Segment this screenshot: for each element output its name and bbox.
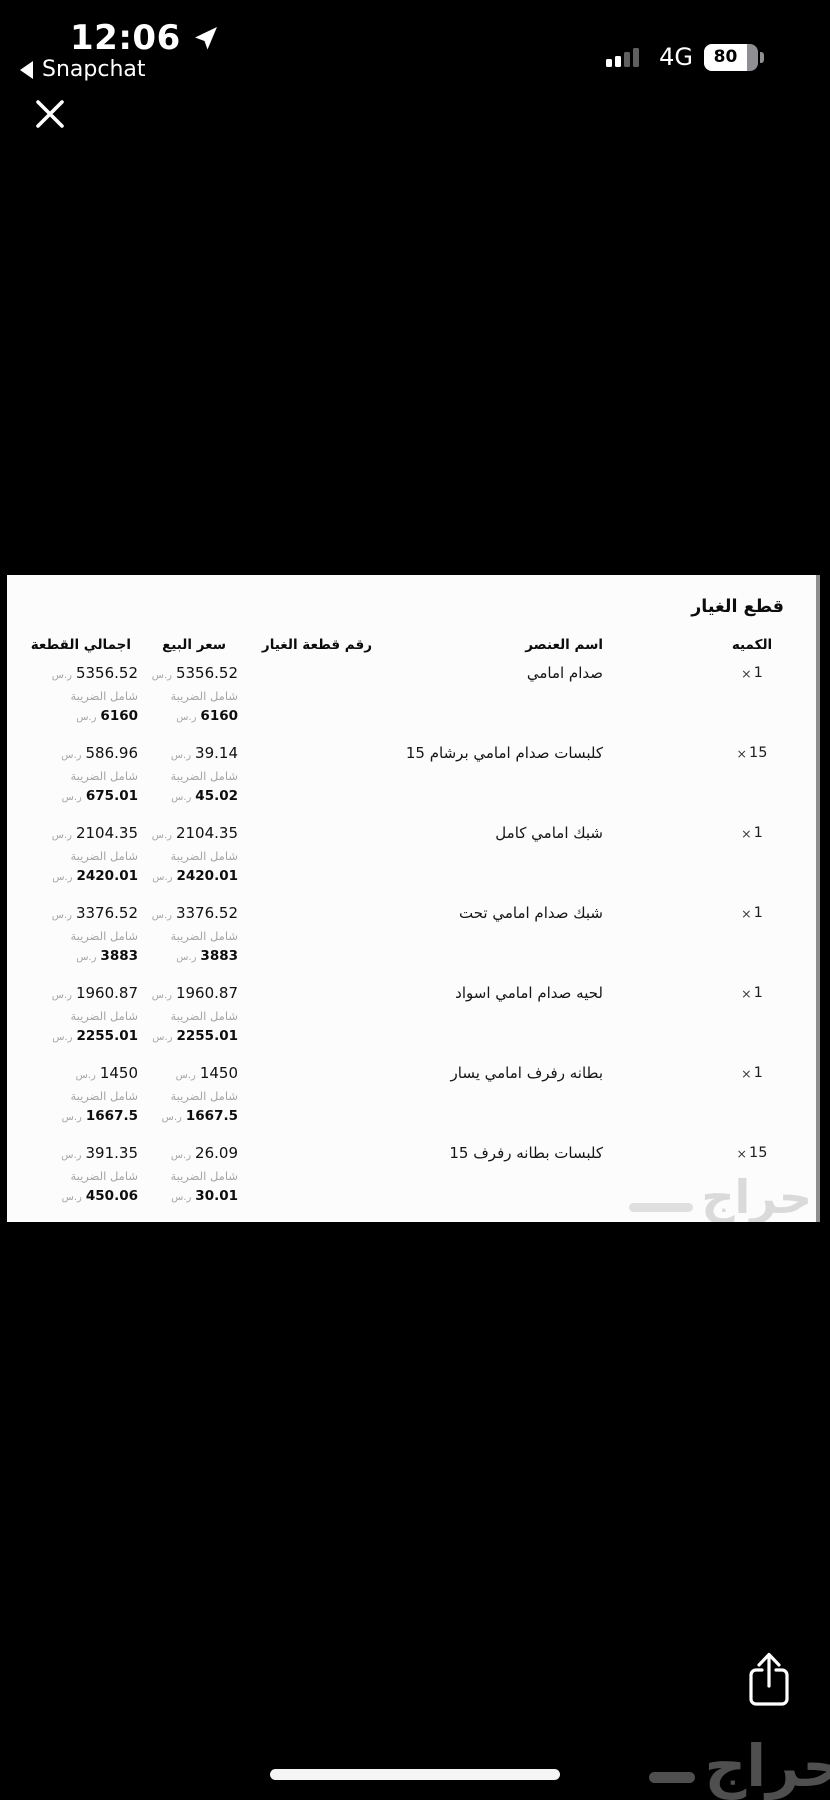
table-row: ×1 لحيه صدام امامي اسواد 1960.87ر.س شامل… <box>7 980 816 1060</box>
col-header-item-name: اسم العنصر <box>378 635 708 655</box>
sale-price-cell: 1450ر.س شامل الضريبة 1667.5ر.س <box>138 1060 238 1140</box>
currency-label: ر.س <box>152 665 172 686</box>
sale-price-incl-tax: 2255.01 <box>177 1026 239 1047</box>
network-type-label: 4G <box>659 43 693 71</box>
currency-label: ر.س <box>76 707 96 728</box>
table-title: قطع الغيار <box>7 596 784 618</box>
total-price-value: 2104.35 <box>76 823 138 844</box>
part-number-cell <box>238 740 378 820</box>
sale-price-value: 39.14 <box>195 743 238 764</box>
sale-price-incl-tax: 45.02 <box>195 786 238 807</box>
phone-screen: 12:06 Snapchat 4G 80 قطع الغيار <box>0 0 830 1800</box>
table-body: ×1 صدام امامي 5356.52ر.س شامل الضريبة 61… <box>7 660 816 1220</box>
tax-included-label: شامل الضريبة <box>21 846 138 866</box>
tax-included-label: شامل الضريبة <box>21 766 138 786</box>
quantity-value: 15 <box>749 743 767 764</box>
currency-label: ر.س <box>61 1145 81 1166</box>
back-to-snapchat-button[interactable]: Snapchat <box>20 57 146 83</box>
battery-nub <box>760 52 764 63</box>
tax-included-label: شامل الضريبة <box>21 686 138 706</box>
item-name-cell: شبك صدام امامي تحت <box>378 900 708 980</box>
battery-icon: 80 <box>704 44 764 71</box>
total-price-incl-tax: 675.01 <box>86 786 138 807</box>
quantity-value: 1 <box>754 663 763 684</box>
col-header-item-total: اجمالي القطعة <box>21 635 138 655</box>
quantity-cell: ×15 <box>708 740 796 820</box>
table-row: ×15 كلبسات صدام امامي برشام 15 39.14ر.س … <box>7 740 816 820</box>
sale-price-value: 1450 <box>200 1063 238 1084</box>
status-indicators: 4G 80 <box>606 40 764 74</box>
col-header-sale-price: سعر البيع <box>138 635 238 655</box>
tax-included-label: شامل الضريبة <box>21 1086 138 1106</box>
sale-price-cell: 5356.52ر.س شامل الضريبة 6160ر.س <box>138 660 238 740</box>
haraj-watermark-bottom: حراج <box>649 1736 830 1796</box>
currency-label: ر.س <box>52 985 72 1006</box>
sale-price-value: 3376.52 <box>176 903 238 924</box>
times-symbol: × <box>741 663 751 684</box>
item-name-cell: صدام امامي <box>378 660 708 740</box>
quantity-cell: ×1 <box>708 820 796 900</box>
battery-percent: 80 <box>704 44 758 71</box>
tax-included-label: شامل الضريبة <box>138 766 238 786</box>
currency-label: ر.س <box>162 1107 182 1128</box>
sale-price-incl-tax: 2420.01 <box>177 866 239 887</box>
part-number-cell <box>238 1140 378 1220</box>
tax-included-label: شامل الضريبة <box>138 846 238 866</box>
sale-price-cell: 39.14ر.س شامل الضريبة 45.02ر.س <box>138 740 238 820</box>
item-name-cell: بطانه رفرف امامي يسار <box>378 1060 708 1140</box>
currency-label: ر.س <box>171 1145 191 1166</box>
quantity-value: 1 <box>754 903 763 924</box>
currency-label: ر.س <box>152 985 172 1006</box>
quantity-value: 1 <box>754 823 763 844</box>
home-indicator[interactable] <box>270 1769 560 1780</box>
tax-included-label: شامل الضريبة <box>138 1006 238 1026</box>
currency-label: ر.س <box>176 707 196 728</box>
sale-price-incl-tax: 3883 <box>200 946 238 967</box>
sale-price-incl-tax: 30.01 <box>195 1186 238 1207</box>
total-price-incl-tax: 2420.01 <box>77 866 139 887</box>
col-header-quantity: الكميه <box>708 635 796 655</box>
times-symbol: × <box>741 823 751 844</box>
currency-label: ر.س <box>176 1065 196 1086</box>
item-total-cell: 2104.35ر.س شامل الضريبة 2420.01ر.س <box>21 820 138 900</box>
total-price-value: 1960.87 <box>76 983 138 1004</box>
currency-label: ر.س <box>61 745 81 766</box>
currency-label: ر.س <box>52 665 72 686</box>
table-row: ×1 شبك امامي كامل 2104.35ر.س شامل الضريب… <box>7 820 816 900</box>
total-price-value: 1450 <box>100 1063 138 1084</box>
total-price-incl-tax: 450.06 <box>86 1186 138 1207</box>
tax-included-label: شامل الضريبة <box>21 1006 138 1026</box>
watermark-tail <box>629 1203 693 1212</box>
quantity-cell: ×1 <box>708 660 796 740</box>
item-total-cell: 1450ر.س شامل الضريبة 1667.5ر.س <box>21 1060 138 1140</box>
table-header-row: الكميه اسم العنصر رقم قطعة الغيار سعر ال… <box>7 635 816 655</box>
total-price-incl-tax: 1667.5 <box>86 1106 138 1127</box>
share-icon[interactable] <box>746 1648 792 1708</box>
quantity-value: 15 <box>749 1143 767 1164</box>
sale-price-incl-tax: 1667.5 <box>186 1106 238 1127</box>
currency-label: ر.س <box>52 905 72 926</box>
currency-label: ر.س <box>62 1107 82 1128</box>
sale-price-value: 1960.87 <box>176 983 238 1004</box>
table-row: ×1 صدام امامي 5356.52ر.س شامل الضريبة 61… <box>7 660 816 740</box>
item-name-cell: لحيه صدام امامي اسواد <box>378 980 708 1060</box>
currency-label: ر.س <box>171 1187 191 1208</box>
cellular-signal-icon <box>606 45 648 69</box>
tax-included-label: شامل الضريبة <box>138 686 238 706</box>
currency-label: ر.س <box>52 867 72 888</box>
sale-price-cell: 3376.52ر.س شامل الضريبة 3883ر.س <box>138 900 238 980</box>
times-symbol: × <box>741 1063 751 1084</box>
total-price-value: 5356.52 <box>76 663 138 684</box>
tax-included-label: شامل الضريبة <box>138 1166 238 1186</box>
part-number-cell <box>238 820 378 900</box>
quantity-cell: ×1 <box>708 1060 796 1140</box>
currency-label: ر.س <box>76 1065 96 1086</box>
watermark-tail <box>649 1772 695 1783</box>
sale-price-cell: 26.09ر.س شامل الضريبة 30.01ر.س <box>138 1140 238 1220</box>
currency-label: ر.س <box>171 745 191 766</box>
status-time-row: 12:06 <box>70 20 219 56</box>
currency-label: ر.س <box>152 1027 172 1048</box>
times-symbol: × <box>741 983 751 1004</box>
clock: 12:06 <box>70 20 181 56</box>
item-total-cell: 3376.52ر.س شامل الضريبة 3883ر.س <box>21 900 138 980</box>
close-icon[interactable] <box>34 98 66 130</box>
times-symbol: × <box>737 1143 747 1164</box>
item-total-cell: 586.96ر.س شامل الضريبة 675.01ر.س <box>21 740 138 820</box>
sale-price-incl-tax: 6160 <box>200 706 238 727</box>
item-total-cell: 1960.87ر.س شامل الضريبة 2255.01ر.س <box>21 980 138 1060</box>
item-total-cell: 5356.52ر.س شامل الضريبة 6160ر.س <box>21 660 138 740</box>
total-price-incl-tax: 3883 <box>100 946 138 967</box>
sale-price-value: 5356.52 <box>176 663 238 684</box>
sale-price-cell: 2104.35ر.س شامل الضريبة 2420.01ر.س <box>138 820 238 900</box>
currency-label: ر.س <box>152 825 172 846</box>
spare-parts-table-image: قطع الغيار الكميه اسم العنصر رقم قطعة ال… <box>7 575 820 1222</box>
back-app-label: Snapchat <box>42 57 146 83</box>
item-name-cell: كلبسات صدام امامي برشام 15 <box>378 740 708 820</box>
sale-price-cell: 1960.87ر.س شامل الضريبة 2255.01ر.س <box>138 980 238 1060</box>
part-number-cell <box>238 1060 378 1140</box>
tax-included-label: شامل الضريبة <box>138 926 238 946</box>
currency-label: ر.س <box>52 1027 72 1048</box>
currency-label: ر.س <box>62 1187 82 1208</box>
part-number-cell <box>238 980 378 1060</box>
total-price-incl-tax: 2255.01 <box>77 1026 139 1047</box>
part-number-cell <box>238 660 378 740</box>
times-symbol: × <box>741 903 751 924</box>
total-price-value: 391.35 <box>86 1143 139 1164</box>
quantity-cell: ×1 <box>708 980 796 1060</box>
tax-included-label: شامل الضريبة <box>138 1086 238 1106</box>
quantity-value: 1 <box>754 983 763 1004</box>
back-chevron-icon <box>20 61 33 79</box>
total-price-value: 3376.52 <box>76 903 138 924</box>
location-arrow-icon <box>193 25 219 51</box>
currency-label: ر.س <box>171 787 191 808</box>
total-price-incl-tax: 6160 <box>100 706 138 727</box>
haraj-watermark: حراج <box>629 1174 812 1220</box>
item-total-cell: 391.35ر.س شامل الضريبة 450.06ر.س <box>21 1140 138 1220</box>
part-number-cell <box>238 900 378 980</box>
currency-label: ر.س <box>152 867 172 888</box>
total-price-value: 586.96 <box>86 743 139 764</box>
table-row: ×1 شبك صدام امامي تحت 3376.52ر.س شامل ال… <box>7 900 816 980</box>
currency-label: ر.س <box>76 947 96 968</box>
tax-included-label: شامل الضريبة <box>21 1166 138 1186</box>
col-header-part-number: رقم قطعة الغيار <box>238 635 378 655</box>
currency-label: ر.س <box>52 825 72 846</box>
currency-label: ر.س <box>176 947 196 968</box>
quantity-cell: ×1 <box>708 900 796 980</box>
times-symbol: × <box>737 743 747 764</box>
currency-label: ر.س <box>152 905 172 926</box>
quantity-value: 1 <box>754 1063 763 1084</box>
table-row: ×1 بطانه رفرف امامي يسار 1450ر.س شامل ال… <box>7 1060 816 1140</box>
tax-included-label: شامل الضريبة <box>21 926 138 946</box>
sale-price-value: 2104.35 <box>176 823 238 844</box>
item-name-cell: شبك امامي كامل <box>378 820 708 900</box>
sale-price-value: 26.09 <box>195 1143 238 1164</box>
currency-label: ر.س <box>62 787 82 808</box>
